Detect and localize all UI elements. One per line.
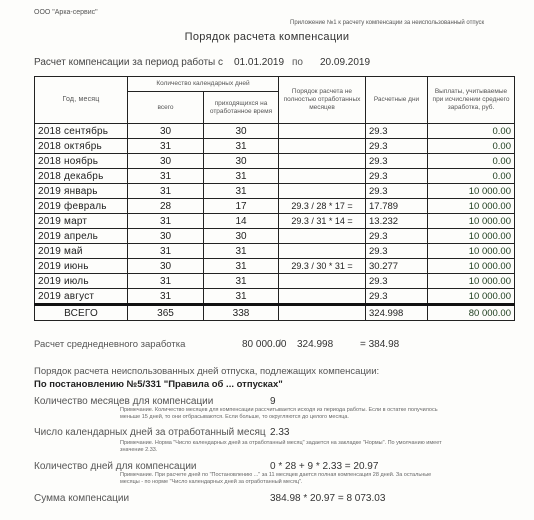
cell-all: 30	[128, 229, 204, 244]
header-calendar-days: Количество календарных дней	[128, 77, 279, 92]
cell-partial	[279, 124, 366, 139]
cell-pay: 10 000.00	[428, 259, 515, 274]
header-worked: приходящихся на отработанное время	[204, 92, 279, 124]
cell-partial	[279, 289, 366, 305]
months-note: Примечание. Количество месяцев для компе…	[120, 407, 450, 421]
compensation-days-note: Примечание. При расчете дней по "Постано…	[120, 472, 450, 486]
cell-worked: 31	[204, 274, 279, 289]
header-partial: Порядок расчета не полностью отработанны…	[279, 77, 366, 124]
cell-all: 31	[128, 289, 204, 305]
cell-all: 31	[128, 214, 204, 229]
period-line: Расчет компенсации за период работы с 01…	[34, 57, 223, 68]
header-all: всего	[128, 92, 204, 124]
cell-month: 2019 июнь	[35, 259, 128, 274]
cell-all: 31	[128, 139, 204, 154]
table-row: 2018 ноябрь303029.30.00	[35, 154, 515, 169]
total-worked: 338	[204, 305, 279, 321]
cell-worked: 17	[204, 199, 279, 214]
cell-pay: 0.00	[428, 154, 515, 169]
period-to: 20.09.2019	[320, 57, 370, 68]
cell-partial	[279, 154, 366, 169]
cell-all: 31	[128, 169, 204, 184]
cell-month: 2018 ноябрь	[35, 154, 128, 169]
cell-calc-days: 17.789	[366, 199, 428, 214]
table-row: 2018 сентябрь303029.30.00	[35, 124, 515, 139]
average-result: = 384.98	[360, 339, 399, 350]
cell-all: 31	[128, 274, 204, 289]
compensation-sum-value: 384.98 * 20.97 = 8 073.03	[270, 493, 385, 504]
cell-calc-days: 29.3	[366, 244, 428, 259]
average-separator: /	[278, 339, 281, 350]
cell-worked: 31	[204, 184, 279, 199]
period-to-label: по	[292, 57, 303, 68]
cell-calc-days: 29.3	[366, 289, 428, 305]
cell-partial: 29.3 / 28 * 17 =	[279, 199, 366, 214]
table-row: 2019 февраль281729.3 / 28 * 17 =17.78910…	[35, 199, 515, 214]
cell-partial	[279, 184, 366, 199]
average-denominator: 324.998	[297, 339, 333, 350]
total-month: ВСЕГО	[35, 305, 128, 321]
cell-calc-days: 29.3	[366, 154, 428, 169]
cell-calc-days: 29.3	[366, 139, 428, 154]
cell-worked: 30	[204, 124, 279, 139]
cell-calc-days: 29.3	[366, 184, 428, 199]
cell-calc-days: 29.3	[366, 169, 428, 184]
cell-pay: 10 000.00	[428, 274, 515, 289]
order-heading: Порядок расчета неиспользованных дней от…	[34, 366, 379, 377]
cell-month: 2019 март	[35, 214, 128, 229]
table-total-row: ВСЕГО365338324.99880 000.00	[35, 305, 515, 321]
cell-worked: 31	[204, 244, 279, 259]
table-row: 2019 январь313129.310 000.00	[35, 184, 515, 199]
cell-worked: 30	[204, 154, 279, 169]
company-name: ООО "Арка-сервис"	[34, 9, 98, 16]
cell-month: 2019 июль	[35, 274, 128, 289]
calculation-table: Год, месяц Количество календарных дней П…	[34, 76, 515, 321]
cell-calc-days: 30.277	[366, 259, 428, 274]
table-row: 2019 август313129.310 000.00	[35, 289, 515, 305]
months-value: 9	[270, 396, 276, 407]
months-label: Количество месяцев для компенсации	[34, 396, 213, 407]
cell-month: 2018 декабрь	[35, 169, 128, 184]
table-row: 2019 май313129.310 000.00	[35, 244, 515, 259]
page-title: Порядок расчета компенсации	[0, 31, 534, 43]
cell-pay: 10 000.00	[428, 289, 515, 305]
cell-worked: 14	[204, 214, 279, 229]
cell-worked: 31	[204, 259, 279, 274]
table-row: 2018 декабрь313129.30.00	[35, 169, 515, 184]
cell-pay: 0.00	[428, 124, 515, 139]
cell-all: 31	[128, 244, 204, 259]
cell-partial	[279, 229, 366, 244]
cell-all: 28	[128, 199, 204, 214]
cell-month: 2018 сентябрь	[35, 124, 128, 139]
cell-pay: 10 000.00	[428, 244, 515, 259]
total-calc-days: 324.998	[366, 305, 428, 321]
table-row: 2018 октябрь313129.30.00	[35, 139, 515, 154]
days-per-month-label: Число календарных дней за отработанный м…	[34, 427, 266, 438]
average-label: Расчет среднедневного заработка	[34, 339, 185, 350]
cell-month: 2019 февраль	[35, 199, 128, 214]
cell-calc-days: 29.3	[366, 274, 428, 289]
cell-worked: 31	[204, 139, 279, 154]
cell-partial: 29.3 / 31 * 14 =	[279, 214, 366, 229]
cell-all: 30	[128, 154, 204, 169]
cell-pay: 0.00	[428, 169, 515, 184]
days-per-month-note: Примечание. Норма "Число календарных дне…	[120, 440, 450, 454]
cell-worked: 31	[204, 289, 279, 305]
header-calc-days: Расчетные дни	[366, 77, 428, 124]
cell-calc-days: 29.3	[366, 124, 428, 139]
cell-worked: 30	[204, 229, 279, 244]
appendix-caption: Приложение №1 к расчету компенсации за н…	[290, 20, 484, 26]
cell-partial: 29.3 / 30 * 31 =	[279, 259, 366, 274]
table-row: 2019 июнь303129.3 / 30 * 31 =30.27710 00…	[35, 259, 515, 274]
cell-month: 2019 апрель	[35, 229, 128, 244]
compensation-days-label: Количество дней для компенсации	[34, 461, 197, 472]
cell-month: 2019 январь	[35, 184, 128, 199]
cell-pay: 10 000.00	[428, 199, 515, 214]
cell-partial	[279, 139, 366, 154]
cell-all: 30	[128, 124, 204, 139]
header-month: Год, месяц	[35, 77, 128, 124]
total-pay: 80 000.00	[428, 305, 515, 321]
cell-partial	[279, 169, 366, 184]
days-per-month-value: 2.33	[270, 427, 289, 438]
cell-month: 2018 октябрь	[35, 139, 128, 154]
cell-calc-days: 13.232	[366, 214, 428, 229]
period-label: Расчет компенсации за период работы с	[34, 57, 223, 68]
cell-worked: 31	[204, 169, 279, 184]
cell-calc-days: 29.3	[366, 229, 428, 244]
cell-month: 2019 август	[35, 289, 128, 305]
cell-all: 30	[128, 259, 204, 274]
cell-pay: 10 000.00	[428, 184, 515, 199]
period-from: 01.01.2019	[234, 57, 284, 68]
table-row: 2019 июль313129.310 000.00	[35, 274, 515, 289]
compensation-sum-label: Сумма компенсации	[34, 493, 129, 504]
compensation-days-value: 0 * 28 + 9 * 2.33 = 20.97	[270, 461, 378, 472]
cell-all: 31	[128, 184, 204, 199]
total-all: 365	[128, 305, 204, 321]
order-basis: По постановлению №5/331 "Правила об ... …	[34, 379, 283, 390]
header-payments: Выплаты, учитываемые при исчислении сред…	[428, 77, 515, 124]
table-row: 2019 апрель303029.310 000.00	[35, 229, 515, 244]
cell-pay: 10 000.00	[428, 229, 515, 244]
cell-partial	[279, 274, 366, 289]
cell-pay: 0.00	[428, 139, 515, 154]
cell-pay: 10 000.00	[428, 214, 515, 229]
table-row: 2019 март311429.3 / 31 * 14 =13.23210 00…	[35, 214, 515, 229]
cell-partial	[279, 244, 366, 259]
cell-month: 2019 май	[35, 244, 128, 259]
total-partial	[279, 305, 366, 321]
